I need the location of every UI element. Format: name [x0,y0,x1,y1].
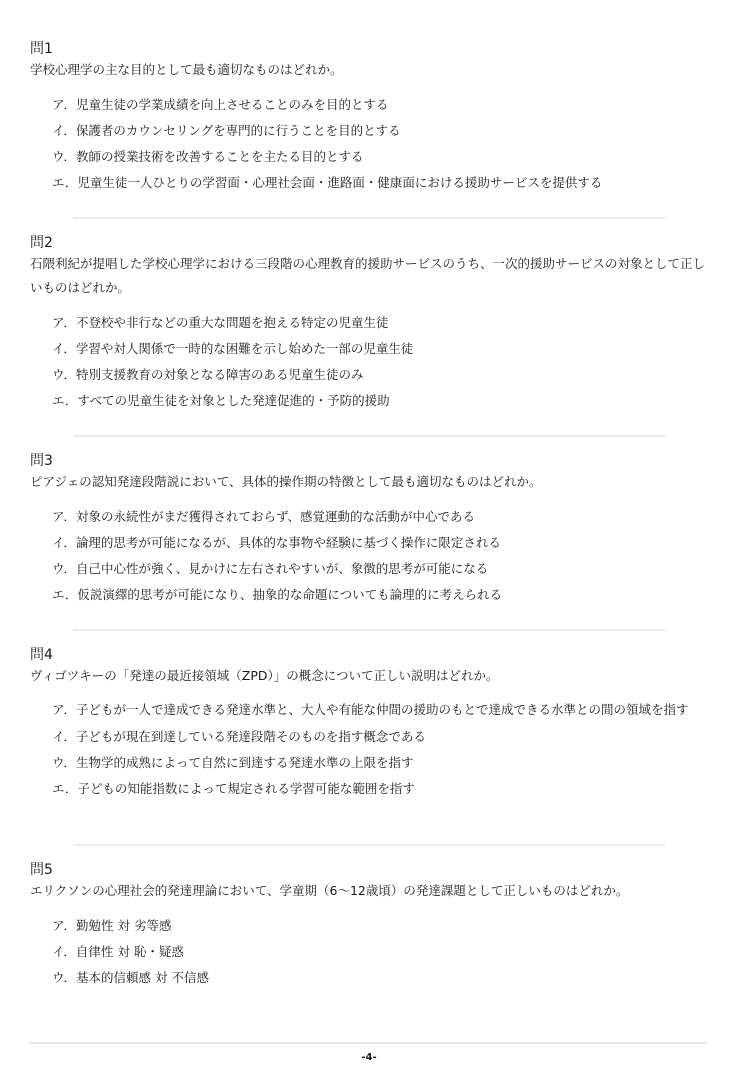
choice-a: ア．児童生徒の学業成績を向上させることのみを目的とする [30,92,710,118]
question-number: 問1 [30,40,710,58]
question-text: 学校心理学の主な目的として最も適切なものはどれか。 [30,58,710,82]
choice-u: ウ．教師の授業技術を改善することを主たる目的とする [30,144,710,170]
choice-i: イ．自律性 対 恥・疑惑 [30,939,710,965]
choice-u: ウ．基本的信頼感 対 不信感 [30,965,710,991]
choice-e: エ．子どもの知能指数によって規定される学習可能な範囲を指す [30,776,710,802]
choice-list: ア．勤勉性 対 劣等感 イ．自律性 対 恥・疑惑 ウ．基本的信頼感 対 不信感 [30,913,710,991]
question-number: 問2 [30,234,710,252]
choice-i: イ．論理的思考が可能になるが、具体的な事物や経験に基づく操作に限定される [30,530,710,556]
choice-u: ウ．特別支援教育の対象となる障害のある児童生徒のみ [30,362,710,388]
choice-e: エ．仮説演繹的思考が可能になり、抽象的な命題についても論理的に考えられる [30,582,710,608]
choice-a: ア．不登校や非行などの重大な問題を抱える特定の児童生徒 [30,310,710,336]
question-number: 問3 [30,452,710,470]
choice-u: ウ．自己中心性が強く、見かけに左右されやすいが、象徴的思考が可能になる [30,556,710,582]
question-divider [73,217,665,219]
choice-list: ア．不登校や非行などの重大な問題を抱える特定の児童生徒 イ．学習や対人関係で一時… [30,310,710,414]
page-number: -4- [0,1052,738,1063]
question-text: エリクソンの心理社会的発達理論において、学童期（6〜12歳頃）の発達課題として正… [30,879,710,903]
choice-u: ウ．生物学的成熟によって自然に到達する発達水準の上限を指す [30,750,710,776]
footer-divider [30,1042,706,1044]
question-3: 問3 ピアジェの認知発達段階説において、具体的操作期の特徴として最も適切なものは… [30,452,710,608]
choice-list: ア．子どもが一人で達成できる発達水準と、大人や有能な仲間の援助のもとで達成できる… [30,698,710,802]
choice-list: ア．対象の永続性がまだ獲得されておらず、感覚運動的な活動が中心である イ．論理的… [30,504,710,608]
question-text: ピアジェの認知発達段階説において、具体的操作期の特徴として最も適切なものはどれか… [30,470,710,494]
choice-a: ア．子どもが一人で達成できる発達水準と、大人や有能な仲間の援助のもとで達成できる… [30,698,710,722]
question-number: 問4 [30,646,710,664]
choice-e: エ．すべての児童生徒を対象とした発達促進的・予防的援助 [30,388,710,414]
question-text: ヴィゴツキーの「発達の最近接領域（ZPD）」の概念について正しい説明はどれか。 [30,664,710,688]
question-5: 問5 エリクソンの心理社会的発達理論において、学童期（6〜12歳頃）の発達課題と… [30,861,710,991]
document-page: 問1 学校心理学の主な目的として最も適切なものはどれか。 ア．児童生徒の学業成績… [0,0,738,1080]
question-divider [73,629,665,631]
question-1: 問1 学校心理学の主な目的として最も適切なものはどれか。 ア．児童生徒の学業成績… [30,40,710,196]
choice-i: イ．保護者のカウンセリングを専門的に行うことを目的とする [30,118,710,144]
choice-a: ア．勤勉性 対 劣等感 [30,913,710,939]
question-divider [73,435,665,437]
choice-a: ア．対象の永続性がまだ獲得されておらず、感覚運動的な活動が中心である [30,504,710,530]
question-text: 石隈利紀が提唱した学校心理学における三段階の心理教育的援助サービスのうち、一次的… [30,252,710,300]
choice-e: エ．児童生徒一人ひとりの学習面・心理社会面・進路面・健康面における援助サービスを… [30,170,710,196]
choice-i: イ．子どもが現在到達している発達段階そのものを指す概念である [30,724,710,750]
question-4: 問4 ヴィゴツキーの「発達の最近接領域（ZPD）」の概念について正しい説明はどれ… [30,646,710,802]
choice-list: ア．児童生徒の学業成績を向上させることのみを目的とする イ．保護者のカウンセリン… [30,92,710,196]
choice-i: イ．学習や対人関係で一時的な困難を示し始めた一部の児童生徒 [30,336,710,362]
question-divider [73,844,665,846]
question-number: 問5 [30,861,710,879]
question-2: 問2 石隈利紀が提唱した学校心理学における三段階の心理教育的援助サービスのうち、… [30,234,710,414]
